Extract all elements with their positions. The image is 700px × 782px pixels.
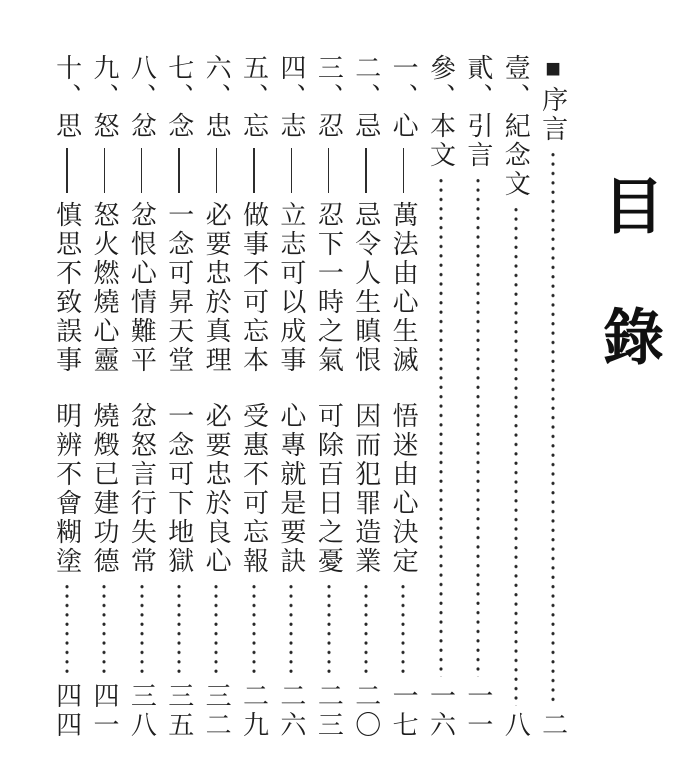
dotted-leader xyxy=(162,582,196,677)
entry-phrase: 受惠不可忘報 xyxy=(240,402,267,576)
page-number: 二 xyxy=(539,711,566,740)
dash-connector xyxy=(104,148,106,193)
entry-phrase: 必要忠於良心 xyxy=(203,402,230,576)
entry-phrase: 燒燬已建功德 xyxy=(91,402,118,576)
page-number: 八 xyxy=(502,711,529,740)
entry-phrase: 忍下一時之氣 xyxy=(315,201,342,375)
entry-phrase: 做事不可忘本 xyxy=(240,201,267,375)
page-number: 三二 xyxy=(203,682,230,740)
page-title: 目錄 xyxy=(597,174,658,436)
dash-connector xyxy=(66,148,68,193)
dotted-leader xyxy=(499,205,533,706)
page-number: 一一 xyxy=(465,682,492,740)
entry-title: 八、忿 xyxy=(128,54,155,141)
page-number: 二〇 xyxy=(352,682,379,740)
toc-entry: 一、心 萬法由心生滅 悟迷由心決定 一七 xyxy=(386,54,420,740)
entry-title: 六、忠 xyxy=(203,54,230,141)
entry-phrase: 忌令人生瞋恨 xyxy=(352,201,379,375)
entry-phrase: 可除百日之憂 xyxy=(315,402,342,576)
entry-phrase: 因而犯罪造業 xyxy=(352,402,379,576)
dash-connector xyxy=(365,148,367,193)
entry-title: 十、思 xyxy=(53,54,80,141)
toc-entry: 壹、紀念文 八 xyxy=(499,54,533,740)
page-number: 二六 xyxy=(278,682,305,740)
entry-phrase: 忿恨心情難平 xyxy=(128,201,155,375)
dash-connector xyxy=(253,148,255,193)
toc-entry: 五、忘 做事不可忘本 受惠不可忘報 二九 xyxy=(237,54,271,740)
dotted-leader xyxy=(199,582,233,677)
page-number: 二三 xyxy=(315,682,342,740)
dotted-leader xyxy=(424,176,458,677)
entry-title: 九、怒 xyxy=(91,54,118,141)
dotted-leader xyxy=(312,582,346,677)
dotted-leader xyxy=(50,582,84,677)
page-number: 四一 xyxy=(91,682,118,740)
toc-entry: 十、思 慎思不致誤事 明辨不會糊塗 四四 xyxy=(50,54,84,740)
dotted-leader xyxy=(349,582,383,677)
entry-title: 二、忌 xyxy=(352,54,379,141)
entry-phrase: 萬法由心生滅 xyxy=(390,201,417,375)
entry-phrase: 心專就是要訣 xyxy=(278,402,305,576)
entry-title: 參、本文 xyxy=(427,54,454,170)
toc-entry: 八、忿 忿恨心情難平 忿怒言行失常 三八 xyxy=(125,54,159,740)
entry-phrase: 一念可下地獄 xyxy=(165,402,192,576)
dash-connector xyxy=(178,148,180,193)
entry-title: 一、心 xyxy=(390,54,417,141)
page-number: 一六 xyxy=(427,682,454,740)
entry-phrase: 慎思不致誤事 xyxy=(53,201,80,375)
document-page: { "page": { "background": "#ffffff", "in… xyxy=(0,0,700,782)
entry-title: 五、忘 xyxy=(240,54,267,141)
table-of-contents: ■序言 二 壹、紀念文 八 貳、引言 一一 參、本文 一六 一、心 萬法由心生滅… xyxy=(46,54,570,740)
toc-entry: 四、志 立志可以成事 心專就是要訣 二六 xyxy=(274,54,308,740)
dash-connector xyxy=(216,148,218,193)
dash-connector xyxy=(141,148,143,193)
dotted-leader xyxy=(237,582,271,677)
entry-phrase: 怒火燃燒心靈 xyxy=(91,201,118,375)
dotted-leader xyxy=(461,176,495,677)
dotted-leader xyxy=(125,582,159,677)
entry-phrase: 必要忠於真理 xyxy=(203,201,230,375)
page-number: 三八 xyxy=(128,682,155,740)
page-number: 四四 xyxy=(53,682,80,740)
toc-entry: 三、忍 忍下一時之氣 可除百日之憂 二三 xyxy=(312,54,346,740)
page-number: 三五 xyxy=(165,682,192,740)
toc-entry: 九、怒 怒火燃燒心靈 燒燬已建功德 四一 xyxy=(87,54,121,740)
toc-entry: 二、忌 忌令人生瞋恨 因而犯罪造業 二〇 xyxy=(349,54,383,740)
toc-entry: 六、忠 必要忠於真理 必要忠於良心 三二 xyxy=(199,54,233,740)
toc-entry: 參、本文 一六 xyxy=(424,54,458,740)
toc-entry: 貳、引言 一一 xyxy=(461,54,495,740)
dash-connector xyxy=(403,148,405,193)
dash-connector xyxy=(328,148,330,193)
dotted-leader xyxy=(274,582,308,677)
page-number: 二九 xyxy=(240,682,267,740)
entry-phrase: 明辨不會糊塗 xyxy=(53,402,80,576)
entry-title: 七、念 xyxy=(165,54,192,141)
toc-entry: 七、念 一念可昇天堂 一念可下地獄 三五 xyxy=(162,54,196,740)
dotted-leader xyxy=(536,150,570,706)
entry-phrase: 立志可以成事 xyxy=(278,201,305,375)
entry-title: 三、忍 xyxy=(315,54,342,141)
entry-title: ■序言 xyxy=(539,54,566,144)
page-number: 一七 xyxy=(390,682,417,740)
entry-phrase: 悟迷由心決定 xyxy=(390,402,417,576)
entry-title: 貳、引言 xyxy=(465,54,492,170)
dotted-leader xyxy=(87,582,121,677)
entry-phrase: 一念可昇天堂 xyxy=(165,201,192,375)
entry-title: 壹、紀念文 xyxy=(502,54,529,199)
dotted-leader xyxy=(386,582,420,677)
dash-connector xyxy=(291,148,293,193)
entry-phrase: 忿怒言行失常 xyxy=(128,402,155,576)
entry-title: 四、志 xyxy=(278,54,305,141)
toc-entry: ■序言 二 xyxy=(536,54,570,740)
